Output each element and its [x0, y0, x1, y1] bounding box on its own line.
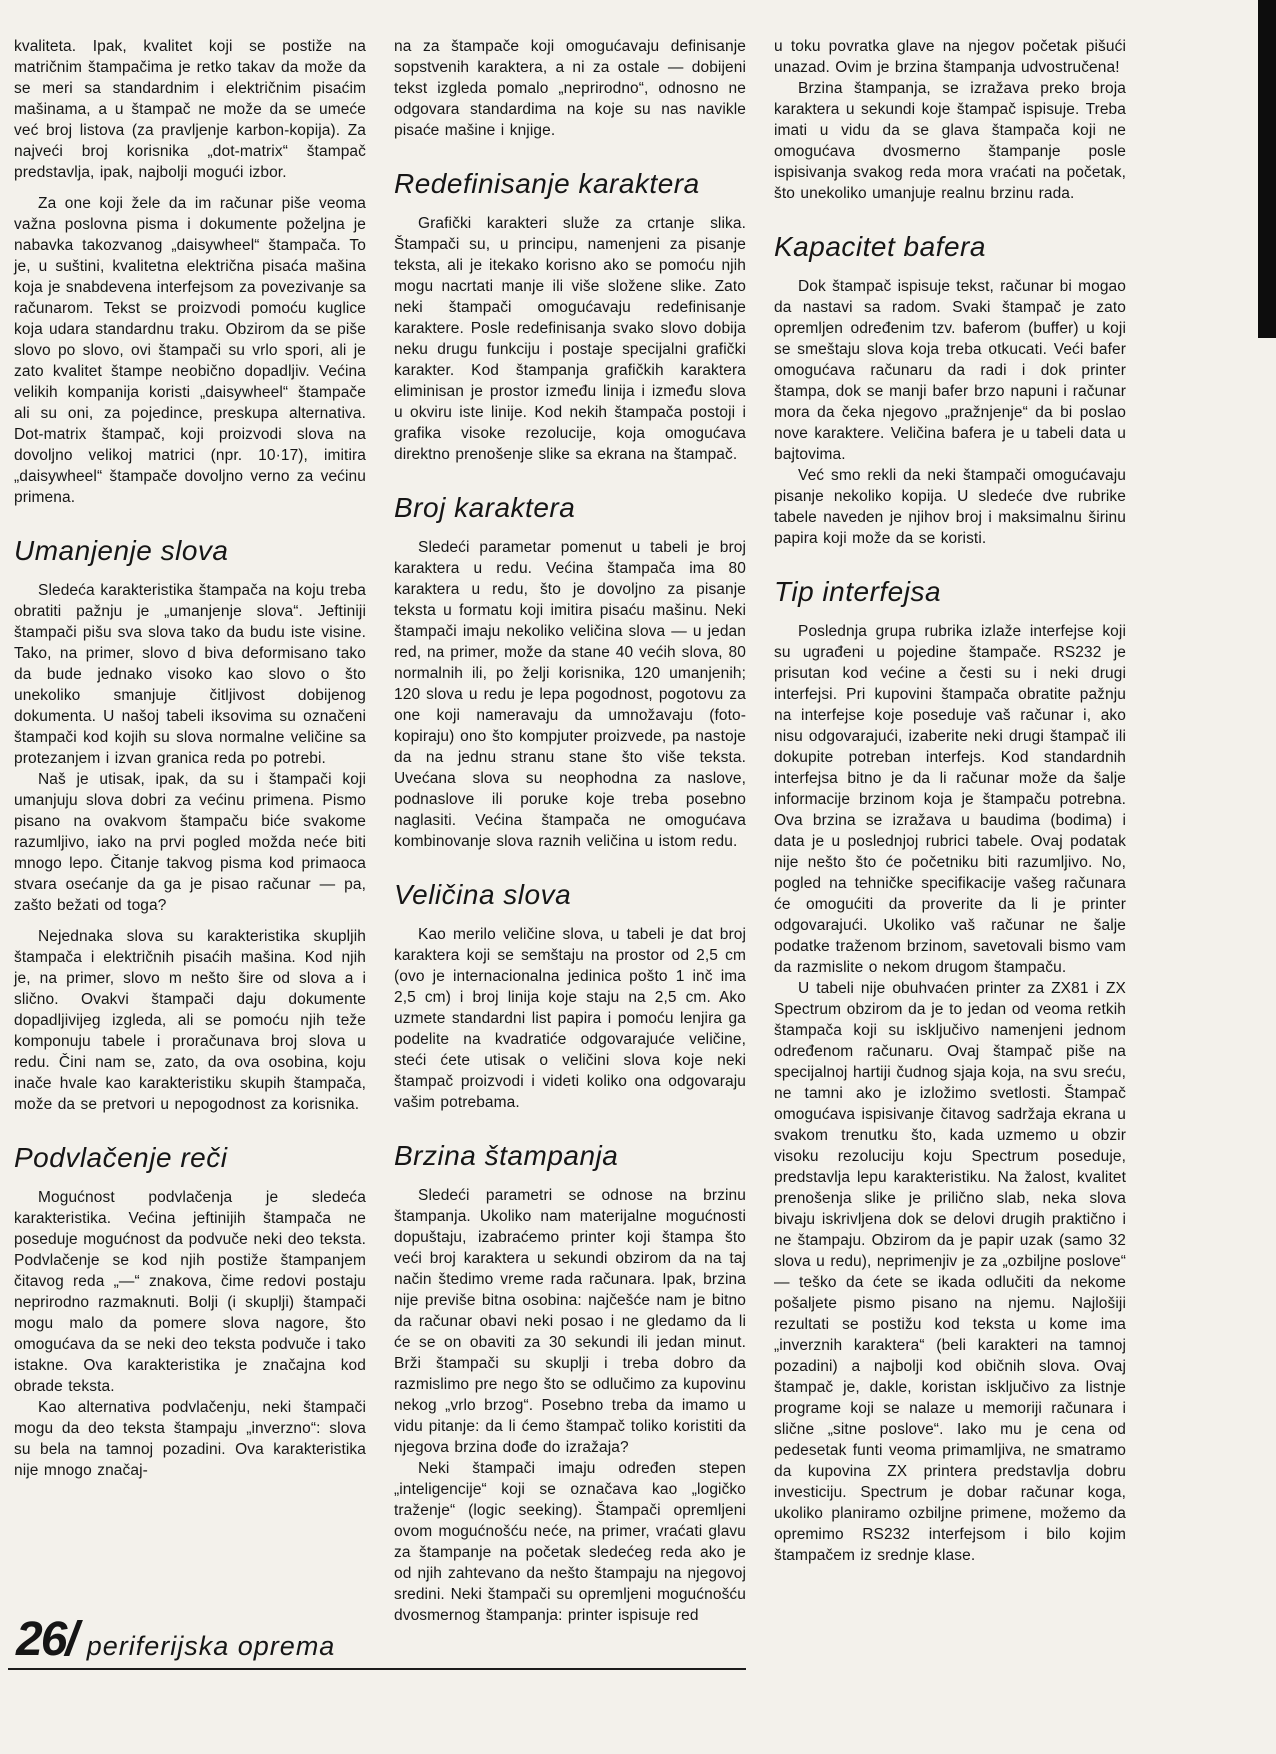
- paragraph: Sledeći parametar pomenut u tabeli je br…: [394, 537, 746, 852]
- page-number: 26/: [16, 1613, 77, 1666]
- paragraph: Nejednaka slova su karakteristika skuplj…: [14, 926, 366, 1115]
- paragraph: Sledeći parametri se odnose na brzinu št…: [394, 1185, 746, 1458]
- page-footer: 26/periferijska oprema: [16, 1612, 335, 1667]
- paragraph: na za štampače koji omogućavaju definisa…: [394, 36, 746, 141]
- text-column-middle: na za štampače koji omogućavaju definisa…: [394, 36, 746, 1626]
- section-heading-broj-karaktera: Broj karaktera: [394, 492, 746, 524]
- paragraph: Za one koji žele da im računar piše veom…: [14, 193, 366, 508]
- section-heading-kapacitet-bafera: Kapacitet bafera: [774, 231, 1126, 263]
- section-heading-umanjenje-slova: Umanjenje slova: [14, 535, 366, 567]
- paragraph: Već smo rekli da neki štampači omogućava…: [774, 465, 1126, 549]
- section-heading-redefinisanje-karaktera: Redefinisanje karaktera: [394, 168, 746, 200]
- paragraph: kvaliteta. Ipak, kvalitet koji se postiž…: [14, 36, 366, 183]
- section-heading-velicina-slova: Veličina slova: [394, 879, 746, 911]
- paragraph: Kao merilo veličine slova, u tabeli je d…: [394, 924, 746, 1113]
- footer-section-label: periferijska oprema: [87, 1631, 336, 1661]
- section-heading-brzina-stampanja: Brzina štampanja: [394, 1140, 746, 1172]
- paragraph: Naš je utisak, ipak, da su i štampači ko…: [14, 769, 366, 916]
- paragraph: Poslednja grupa rubrika izlaže interfejs…: [774, 621, 1126, 978]
- footer-rule: [8, 1668, 746, 1670]
- text-column-left: kvaliteta. Ipak, kvalitet koji se postiž…: [14, 36, 366, 1626]
- paragraph: Brzina štampanja, se izražava preko broj…: [774, 78, 1126, 204]
- magazine-page: kvaliteta. Ipak, kvalitet koji se postiž…: [0, 0, 1276, 1754]
- paragraph: Sledeća karakteristika štampača na koju …: [14, 580, 366, 769]
- section-heading-podvlacenje-reci: Podvlačenje reči: [14, 1142, 366, 1174]
- three-column-layout: kvaliteta. Ipak, kvalitet koji se postiž…: [14, 36, 1126, 1626]
- page-edge-black-bar: [1258, 0, 1276, 338]
- paragraph: Neki štampači imaju određen stepen „inte…: [394, 1458, 746, 1626]
- paragraph: Kao alternativa podvlačenju, neki štampa…: [14, 1397, 366, 1481]
- paragraph: Mogućnost podvlačenja je sledeća karakte…: [14, 1187, 366, 1397]
- section-heading-tip-interfejsa: Tip interfejsa: [774, 576, 1126, 608]
- paragraph: Dok štampač ispisuje tekst, računar bi m…: [774, 276, 1126, 465]
- paragraph: u toku povratka glave na njegov početak …: [774, 36, 1126, 78]
- paragraph: Grafički karakteri služe za crtanje slik…: [394, 213, 746, 465]
- paragraph: U tabeli nije obuhvaćen printer za ZX81 …: [774, 978, 1126, 1566]
- text-column-right: u toku povratka glave na njegov početak …: [774, 36, 1126, 1626]
